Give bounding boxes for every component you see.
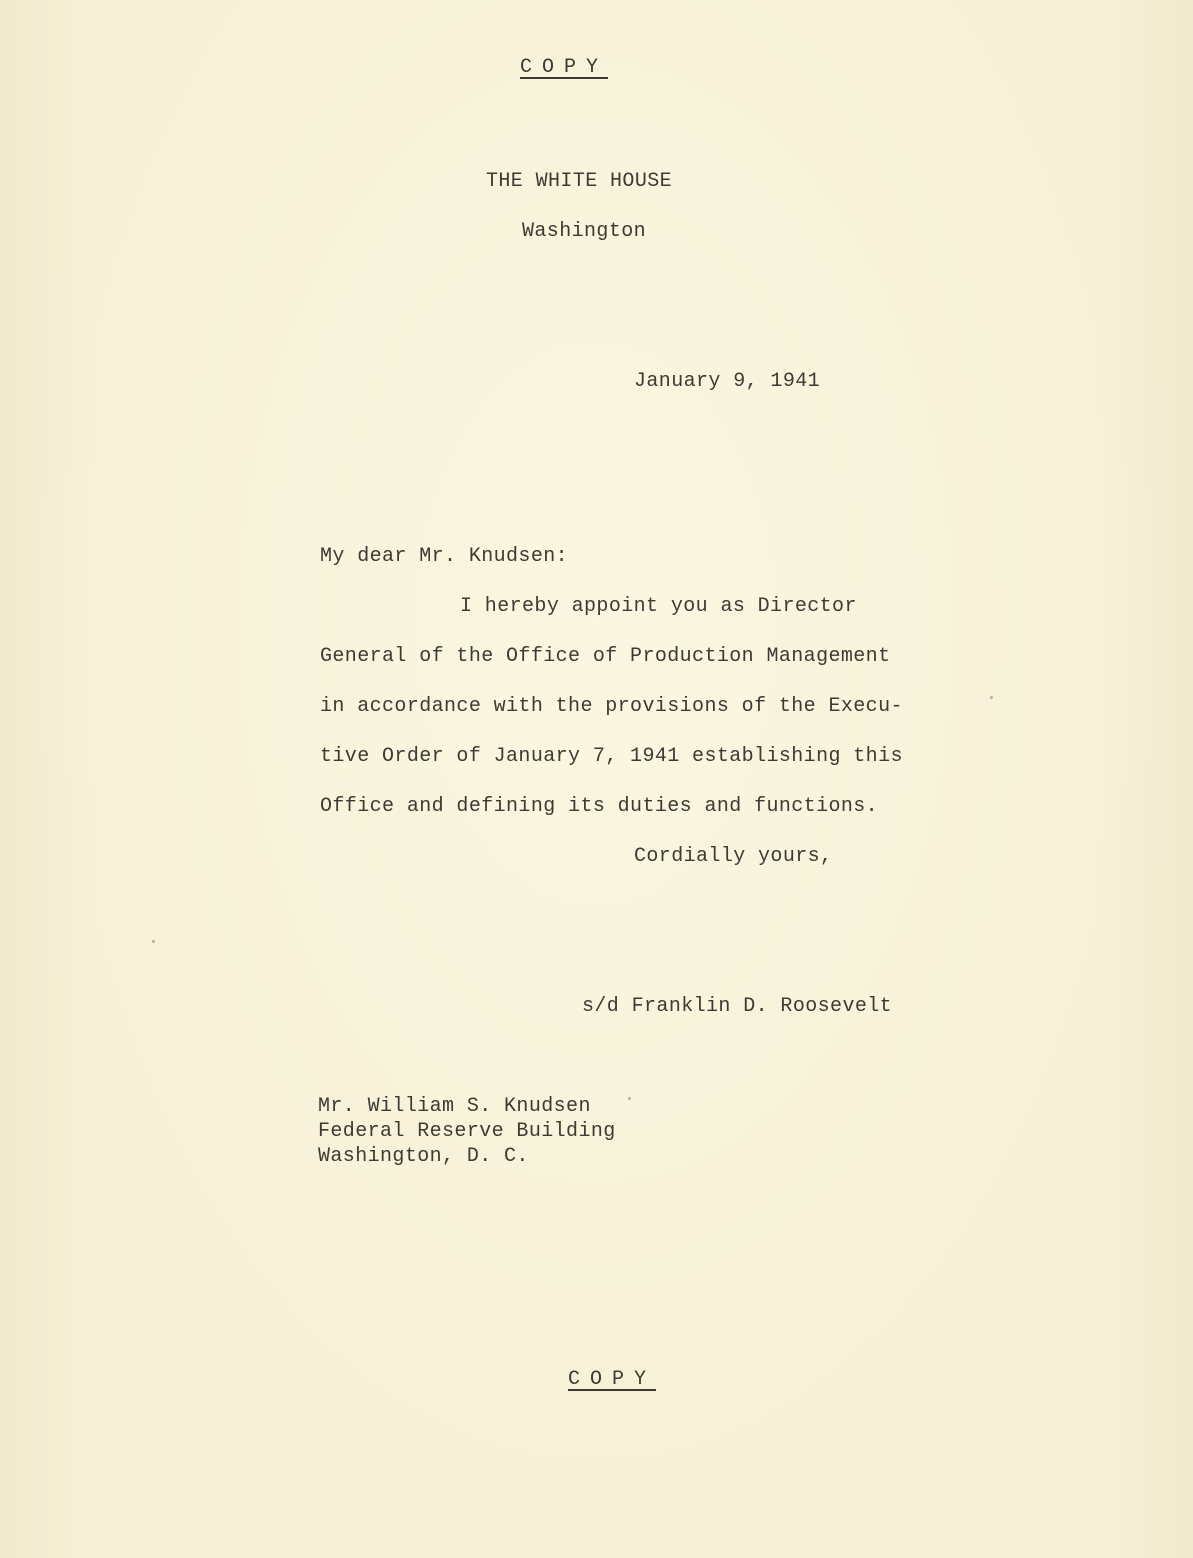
recipient-name: Mr. William S. Knudsen <box>318 1095 591 1119</box>
body-line-2: General of the Office of Production Mana… <box>320 645 891 669</box>
body-line-4: tive Order of January 7, 1941 establishi… <box>320 745 903 769</box>
signature: s/d Franklin D. Roosevelt <box>582 995 892 1019</box>
letter-date: January 9, 1941 <box>634 370 820 394</box>
copy-mark-bottom: COPY <box>568 1368 656 1392</box>
closing: Cordially yours, <box>634 845 832 869</box>
body-line-1: I hereby appoint you as Director <box>460 595 857 619</box>
letterhead-city: Washington <box>522 220 646 244</box>
copy-mark-bottom-text: COPY <box>568 1368 656 1391</box>
recipient-address-line-2: Washington, D. C. <box>318 1145 529 1169</box>
paper-speck <box>990 696 993 699</box>
paper-speck <box>628 1097 631 1100</box>
salutation: My dear Mr. Knudsen: <box>320 545 568 569</box>
paper-speck <box>152 940 155 943</box>
body-line-5: Office and defining its duties and funct… <box>320 795 878 819</box>
recipient-address-line-1: Federal Reserve Building <box>318 1120 616 1144</box>
copy-mark-top: COPY <box>520 56 608 80</box>
copy-mark-top-text: COPY <box>520 56 608 79</box>
body-line-3: in accordance with the provisions of the… <box>320 695 903 719</box>
letterhead-title: THE WHITE HOUSE <box>486 170 672 194</box>
